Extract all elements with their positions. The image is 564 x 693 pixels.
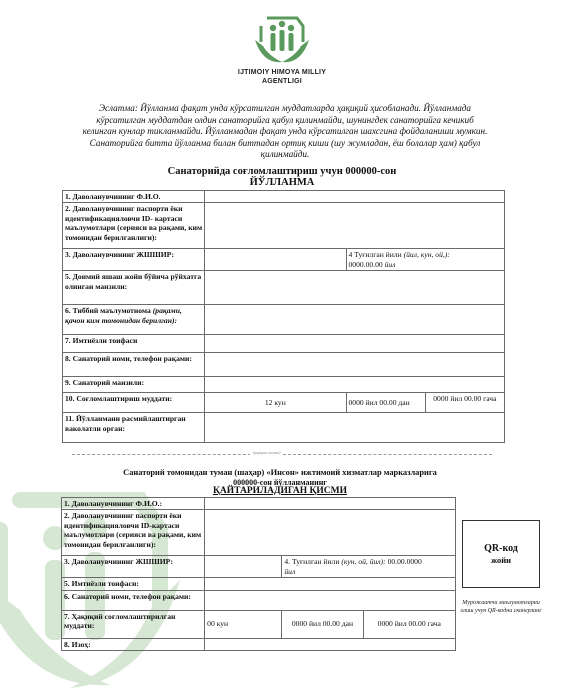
return-value-passport[interactable] bbox=[205, 510, 456, 556]
field-value-sanatorium-address[interactable] bbox=[205, 377, 505, 393]
birth-date-suffix: йил bbox=[385, 260, 396, 269]
table-row: 5. Доимий яшаш жойи бўйича рўйхатга олин… bbox=[63, 271, 505, 305]
field-value-medical-certificate[interactable] bbox=[205, 305, 505, 335]
qr-label-line2: жойи bbox=[491, 555, 511, 565]
cut-line-label: (қирқиш чизиғи) bbox=[250, 450, 283, 456]
field-label-duration: 10. Соғломлаштириш муддати: bbox=[63, 393, 205, 413]
return-label-fio: 1. Даволанувчининг Ф.И.О.: bbox=[62, 498, 205, 510]
field-label-privilege: 7. Имтиёзли тоифаси bbox=[63, 335, 205, 353]
agency-name-line1: IJTIMOIY HIMOYA MILLIY bbox=[0, 68, 564, 77]
return-label-sanatorium: 6. Санаторий номи, телефон рақами: bbox=[62, 590, 205, 610]
table-row: 3. Даволанувчининг ЖШШИР: 4. Туғилган йи… bbox=[62, 556, 456, 578]
return-value-sanatorium[interactable] bbox=[205, 590, 456, 610]
table-row: 1. Даволанувчининг Ф.И.О. bbox=[63, 191, 505, 203]
table-row: 11. Йўлланмани расмийлаштирган ваколатли… bbox=[63, 413, 505, 443]
table-row: 7. Ҳақиқий соғломлаштирилган муддати: 00… bbox=[62, 610, 456, 638]
actual-duration-from[interactable]: 0000 йил 00.00 дан bbox=[282, 610, 363, 638]
return-title-line1: Санаторий томонидан туман (шаҳар) «Инсон… bbox=[60, 468, 500, 478]
voucher-title: Санаторийда соғломлаштириш учун 000000-с… bbox=[0, 166, 564, 188]
qr-label-line1: QR-код bbox=[484, 543, 518, 555]
table-row: 3. Даволанувчининг ЖШШИР: 4 Туғилган йил… bbox=[63, 249, 505, 271]
return-value-pinfl[interactable] bbox=[205, 556, 282, 578]
return-label-actual-duration: 7. Ҳақиқий соғломлаштирилган муддати: bbox=[62, 610, 205, 638]
voucher-title-line1: Санаторийда соғломлаштириш учун 000000-с… bbox=[0, 166, 564, 177]
actual-duration-days[interactable]: 00 кун bbox=[205, 610, 282, 638]
field-label-sanatorium-name: 8. Санаторий номи, телефон рақами: bbox=[63, 353, 205, 377]
return-label-passport: 2. Даволанувчининг паспорти ёки идентифи… bbox=[62, 510, 205, 556]
return-part-title: Санаторий томонидан туман (шаҳар) «Инсон… bbox=[60, 468, 500, 497]
return-birth-date-value: 00.00.0000 bbox=[388, 557, 422, 566]
field-label-passport: 2. Даволанувчининг паспорти ёки идентифи… bbox=[63, 203, 205, 249]
table-row: 7. Имтиёзли тоифаси bbox=[63, 335, 505, 353]
field-label-fio: 1. Даволанувчининг Ф.И.О. bbox=[63, 191, 205, 203]
return-label-pinfl: 3. Даволанувчининг ЖШШИР: bbox=[62, 556, 205, 578]
qr-scan-note: Мурожаатчи маълумотларни олиш учун QR-ко… bbox=[460, 600, 542, 615]
field-label-issuing-authority: 11. Йўлланмани расмийлаштирган ваколатли… bbox=[63, 413, 205, 443]
duration-days[interactable]: 12 кун bbox=[205, 393, 346, 413]
table-row: 8. Санаторий номи, телефон рақами: bbox=[63, 353, 505, 377]
field-value-fio[interactable] bbox=[205, 191, 505, 203]
voucher-note: Эслатма: Йўлланма фақат унда кўрсатилган… bbox=[80, 103, 490, 161]
actual-duration-to[interactable]: 0000 йил 00.00 гача bbox=[363, 610, 455, 638]
table-row: 1. Даволанувчининг Ф.И.О.: bbox=[62, 498, 456, 510]
field-birth-date[interactable]: 4 Туғилган йили (йил, кун, ой,): 0000.00… bbox=[346, 249, 505, 271]
return-label-notes: 8. Изоҳ: bbox=[62, 638, 205, 650]
field-value-issuing-authority[interactable] bbox=[205, 413, 505, 443]
field-value-privilege[interactable] bbox=[205, 335, 505, 353]
field-value-address[interactable] bbox=[205, 271, 505, 305]
return-birth-date-suffix: йил bbox=[284, 567, 295, 576]
table-row: 2. Даволанувчининг паспорти ёки идентифи… bbox=[63, 203, 505, 249]
field-value-sanatorium-name[interactable] bbox=[205, 353, 505, 377]
table-row: 10. Соғломлаштириш муддати: 12 кун 0000 … bbox=[63, 393, 505, 413]
return-birth-date[interactable]: 4. Туғилган йили (кун, ой, йил): 00.00.0… bbox=[282, 556, 456, 578]
field-label-sanatorium-address: 9. Санаторий манзили: bbox=[63, 377, 205, 393]
medical-certificate-label: 6. Тиббий маълумотнома bbox=[65, 306, 151, 315]
table-row: 6. Санаторий номи, телефон рақами: bbox=[62, 590, 456, 610]
return-part-table: 1. Даволанувчининг Ф.И.О.: 2. Даволанувч… bbox=[61, 497, 456, 651]
return-birth-date-label: 4. Туғилган йили bbox=[284, 557, 339, 566]
return-value-notes[interactable] bbox=[205, 638, 456, 650]
return-label-privilege: 5. Имтиёзли тоифаси: bbox=[62, 578, 205, 590]
duration-to[interactable]: 0000 йил 00.00 гача bbox=[425, 393, 504, 413]
agency-name-line2: AGENTLIGI bbox=[0, 77, 564, 86]
table-row: 6. Тиббий маълумотнома (рақами, қачон ки… bbox=[63, 305, 505, 335]
birth-date-hint: (йил, кун, ой,): bbox=[404, 250, 450, 259]
return-value-privilege[interactable] bbox=[205, 578, 456, 590]
qr-code-placeholder: QR-код жойи bbox=[462, 520, 540, 588]
table-row: 5. Имтиёзли тоифаси: bbox=[62, 578, 456, 590]
table-row: 9. Санаторий манзили: bbox=[63, 377, 505, 393]
field-label-address: 5. Доимий яшаш жойи бўйича рўйхатга олин… bbox=[63, 271, 205, 305]
agency-logo: IJTIMOIY HIMOYA MILLIY AGENTLIGI bbox=[0, 8, 564, 86]
duration-from[interactable]: 0000 йил 00.00 дан bbox=[346, 393, 425, 413]
return-title-line3: ҚАЙТАРИЛАДИГАН ҚИСМИ bbox=[60, 487, 500, 497]
birth-date-label: 4 Туғилган йили bbox=[349, 250, 402, 259]
birth-date-value: 0000.00.00 bbox=[349, 260, 383, 269]
return-birth-date-hint: (кун, ой, йил): bbox=[341, 557, 385, 566]
field-label-pinfl: 3. Даволанувчининг ЖШШИР: bbox=[63, 249, 205, 271]
field-value-passport[interactable] bbox=[205, 203, 505, 249]
field-value-pinfl[interactable] bbox=[205, 249, 346, 271]
return-value-fio[interactable] bbox=[205, 498, 456, 510]
voucher-title-line2: ЙЎЛЛАНМА bbox=[0, 177, 564, 188]
field-label-medical-certificate: 6. Тиббий маълумотнома (рақами, қачон ки… bbox=[63, 305, 205, 335]
agency-logo-icon bbox=[251, 8, 313, 66]
table-row: 8. Изоҳ: bbox=[62, 638, 456, 650]
table-row: 2. Даволанувчининг паспорти ёки идентифи… bbox=[62, 510, 456, 556]
voucher-form-table: 1. Даволанувчининг Ф.И.О. 2. Даволанувчи… bbox=[62, 190, 505, 443]
